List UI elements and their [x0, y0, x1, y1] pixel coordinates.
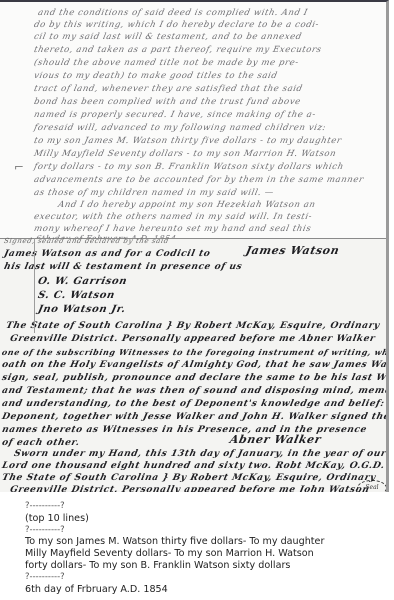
handwritten-line: and understanding, to the best of Depone…: [1, 399, 389, 409]
handwritten-line: to my son James M. Watson thirty five do…: [33, 136, 343, 146]
handwritten-line: as those of my children named in my said…: [33, 188, 275, 198]
handwritten-line: do by this writing, which I do hereby de…: [33, 20, 320, 30]
separator: ?----------?: [25, 572, 385, 584]
witness-signature: Abner Walker: [229, 433, 323, 446]
probate-text-section: Signed, sealed and declared by the said …: [0, 238, 386, 492]
separator: ?----------?: [25, 525, 385, 537]
handwritten-line: and Testament; that he was then of sound…: [1, 386, 389, 396]
handwritten-line: of each other.: [1, 438, 81, 448]
handwritten-line: and the conditions of said deed is compl…: [37, 8, 309, 18]
margin-mark-icon: ⌐: [14, 160, 24, 174]
handwritten-line: foresaid will, advanced to my following …: [33, 123, 327, 133]
transcription-line: To my son James M. Watson thirty five do…: [25, 536, 385, 548]
witness-signature: S. C. Watson: [37, 290, 116, 301]
handwritten-line: vious to my death) to make good titles t…: [33, 71, 278, 81]
handwritten-line: Signed, sealed and declared by the said: [3, 237, 170, 245]
handwritten-line: Milly Mayfield Seventy dollars - to my s…: [33, 149, 337, 159]
handwritten-will-scan: and the conditions of said deed is compl…: [0, 0, 389, 492]
handwritten-line: bond has been complied with and the trus…: [33, 97, 302, 107]
transcription-line: Milly Mayfield Seventy dollars- To my so…: [25, 548, 385, 560]
handwritten-line: And I do hereby appoint my son Hezekiah …: [57, 200, 317, 210]
handwritten-line: mony whereof I have hereunto set my hand…: [33, 224, 312, 234]
handwritten-line: oath on the Holy Evangelists of Almighty…: [1, 360, 389, 370]
witness-signature: O. W. Garrison: [37, 276, 128, 287]
handwritten-line: one of the subscribing Witnesses to the …: [1, 347, 389, 357]
handwritten-line: Deponent, together with Jesse Walker and…: [1, 412, 389, 422]
handwritten-line: advancements are to be accounted for by …: [33, 175, 365, 185]
handwritten-line: Greenville District. Personally appeared…: [9, 485, 370, 492]
handwritten-line: The State of South Carolina } By Robert …: [1, 473, 377, 483]
separator: ?----------?: [25, 501, 385, 513]
handwritten-line: The State of South Carolina } By Robert …: [5, 321, 381, 331]
handwritten-line: sign, seal, publish, pronounce and decla…: [1, 373, 389, 383]
transcription-date: 6th day of Frbruary A.D. 1854: [25, 584, 385, 596]
handwritten-line: thereto, and taken as a part thereof, re…: [33, 45, 323, 55]
handwritten-line: Sworn under my Hand, this 13th day of Ja…: [13, 449, 387, 459]
handwritten-line: executor, with the others named in my sa…: [33, 212, 313, 222]
handwritten-line: tract of land, whenever they are satisfi…: [33, 84, 304, 94]
handwritten-line: named is properly secured. I have, since…: [33, 110, 317, 120]
codicil-text-section: and the conditions of said deed is compl…: [0, 2, 386, 238]
handwritten-line: Lord one thousand eight hundred and sixt…: [1, 461, 386, 471]
handwritten-line: Greenville District. Personally appeared…: [9, 334, 376, 344]
handwritten-line: forty dollars - to my son B. Franklin Wa…: [33, 162, 345, 172]
margin-rule: [34, 238, 35, 333]
transcription-heading: (top 10 lines): [25, 513, 385, 525]
witness-signature: Jno Watson Jr.: [37, 304, 127, 315]
handwritten-line: (should the above named title not be mad…: [33, 58, 300, 68]
document-page: and the conditions of said deed is compl…: [0, 0, 394, 600]
transcription-block: ?----------? (top 10 lines) ?----------?…: [25, 501, 385, 595]
handwritten-line: cil to my said last will & testament, an…: [33, 32, 303, 42]
handwritten-line: his last will & testament in presence of…: [3, 262, 243, 272]
transcription-line: forty dollars- To my son B. Franklin Wat…: [25, 560, 385, 572]
testator-signature: James Watson: [245, 244, 341, 257]
